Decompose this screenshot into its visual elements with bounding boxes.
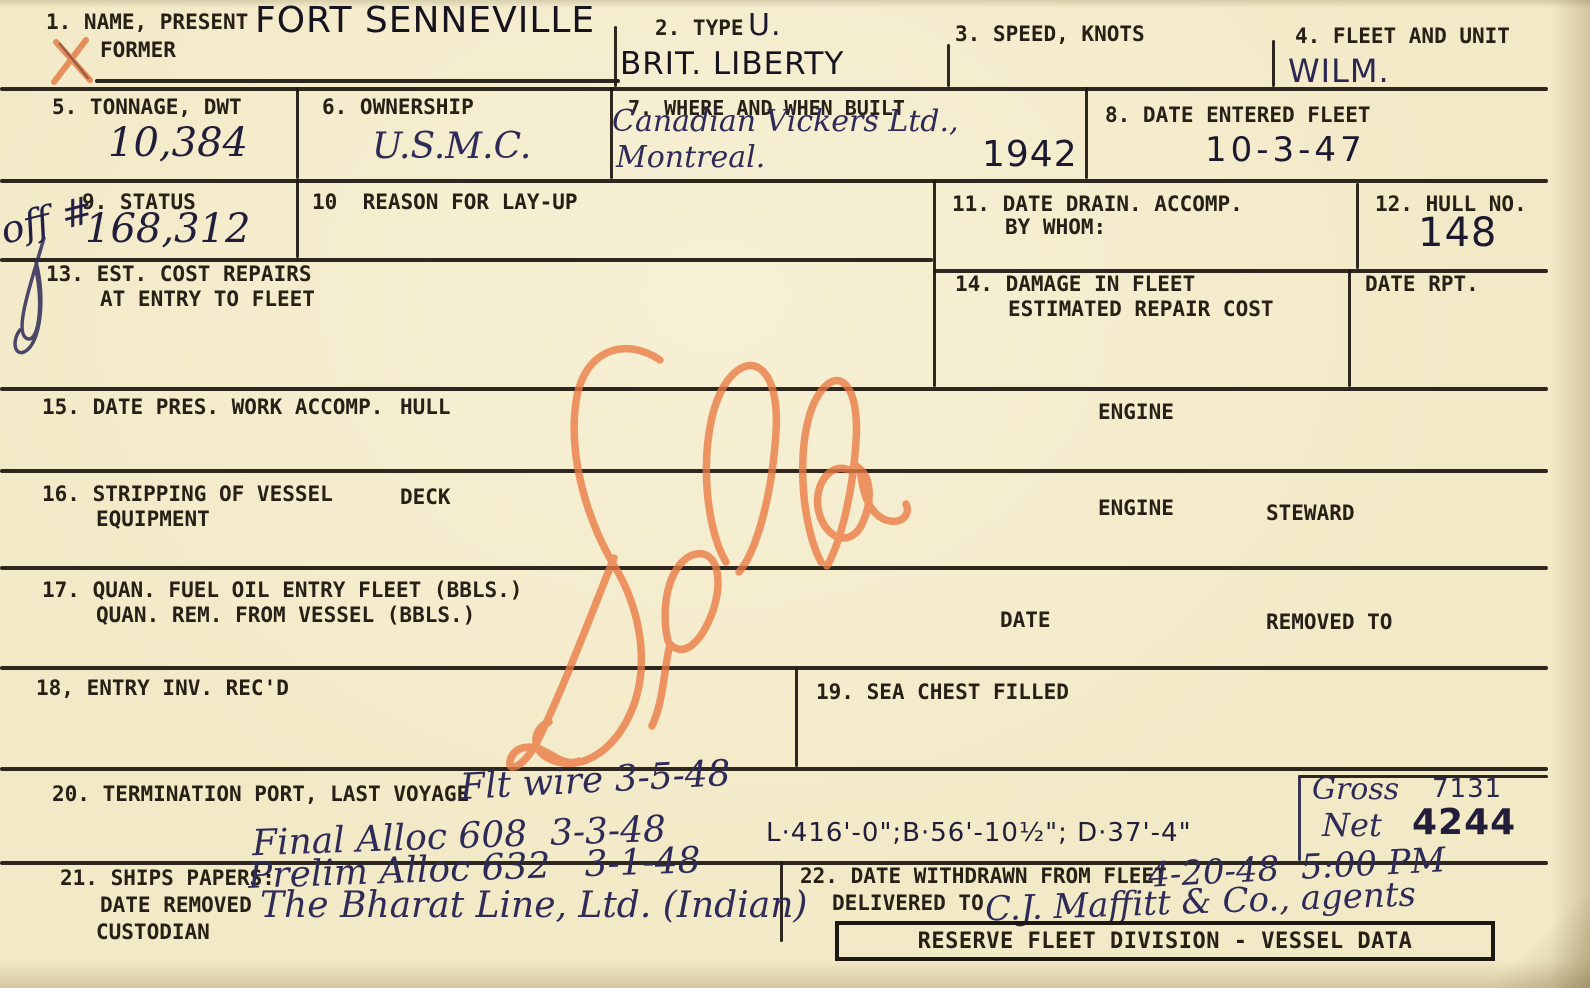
papers-custodian-label: CUSTODIAN [96,920,210,945]
register-net-value: 4244 [1412,802,1516,843]
entered-label: 8. DATE ENTERED FLEET [1105,103,1371,128]
divider-type-speed [947,44,950,87]
banner-title: RESERVE FLEET DIVISION - VESSEL DATA [918,929,1413,954]
divider-status-layup [296,180,299,258]
fuel-label: 17. QUAN. FUEL OIL ENTRY FLEET (BBLS.) [42,578,522,603]
register-gross-label: Gross [1312,772,1399,807]
type-label: 2. TYPE [655,16,744,41]
ownership-value: U.S.M.C. [372,126,531,167]
papers-label: 21. SHIPS PAPERS: [60,866,275,891]
papers-dateremoved-label: DATE REMOVED [100,893,252,918]
fuel-removedto-label: REMOVED TO [1266,610,1392,635]
stripping-engine-label: ENGINE [1098,496,1174,521]
preswork-hull-label: HULL [400,395,451,420]
row4-border [0,387,1548,391]
card-edge-right [1550,0,1590,988]
fleet-label: 4. FLEET AND UNIT [1295,24,1510,49]
register-net-label: Net [1322,806,1382,844]
banner-box: RESERVE FLEET DIVISION - VESSEL DATA [835,921,1495,961]
layup-label: 10 REASON FOR LAY-UP [312,190,578,215]
row17-border [0,666,1548,670]
damage-label2: ESTIMATED REPAIR COST [1008,297,1274,322]
name-former-label: FORMER [100,38,176,63]
divider-layup-drain [933,180,936,387]
divider-drain-hull [1356,183,1359,269]
divider-built-entered [1085,87,1088,179]
built-year: 1942 [982,134,1078,175]
status-margin-note: off # [0,187,98,252]
divider-speed-fleet [1272,40,1275,87]
damage-label: 14. DAMAGE IN FLEET [955,272,1195,297]
fleet-value: WILM. [1288,52,1390,90]
divider-entryinv-seachest [795,667,798,767]
drain-label: 11. DATE DRAIN. ACCOMP. [952,192,1243,217]
row16-border [0,566,1548,570]
vessel-data-card: 1. NAME, PRESENT FORMER FORT SENNEVILLE … [0,0,1590,988]
divider-tonnage-ownership [296,87,299,179]
stripping-label2: EQUIPMENT [96,507,210,532]
entryinv-label: 18, ENTRY INV. REC'D [36,676,289,701]
seachest-label: 19. SEA CHEST FILLED [816,680,1069,705]
divider-damage-daterpt [1348,270,1351,387]
name-value: FORT SENNEVILLE [255,0,595,41]
termination-dimensions: L·416'-0";B·56'-10½"; D·37'-4" [766,818,1192,848]
built-value-line2: Montreal. [616,140,765,175]
hullno-value: 148 [1418,210,1497,256]
name-label: 1. NAME, PRESENT [46,10,248,35]
entered-value: 10-3-47 [1205,130,1366,170]
tonnage-value: 10,384 [108,120,248,166]
tonnage-label: 5. TONNAGE, DWT [52,95,242,120]
status-value: 168,312 [85,206,250,252]
field1-underline [95,79,620,83]
type-note: U. [748,8,782,43]
speed-label: 3. SPEED, KNOTS [955,22,1145,47]
stripping-steward-label: STEWARD [1266,501,1355,526]
fuel-label2: QUAN. REM. FROM VESSEL (BBLS.) [96,603,475,628]
stripping-label: 16. STRIPPING OF VESSEL [42,482,333,507]
termination-label: 20. TERMINATION PORT, LAST VOYAGE [52,782,469,807]
row18-border [0,767,1548,771]
termination-value: Flt wire 3-5-48 [459,753,731,808]
type-value: BRIT. LIBERTY [620,46,844,82]
drain-bywhom-label: BY WHOM: [1005,215,1106,240]
card-edge-top [0,0,1590,8]
stripping-deck-label: DECK [400,485,451,510]
divider-name-type [614,26,617,87]
estcost-label: 13. EST. COST REPAIRS [46,262,312,287]
ownership-label: 6. OWNERSHIP [322,95,474,120]
estcost-label2: AT ENTRY TO FLEET [100,287,315,312]
row2-border [0,179,1548,183]
preswork-engine-label: ENGINE [1098,400,1174,425]
daterpt-label: DATE RPT. [1365,272,1479,297]
preswork-label: 15. DATE PRES. WORK ACCOMP. [42,395,383,420]
withdrawn-deliveredto-label: DELIVERED TO [832,891,984,916]
built-value-line1: Canadian Vickers Ltd., [612,104,959,139]
card-edge-bottom [0,960,1590,988]
row15-border [0,469,1548,473]
register-gross-value: 7131 [1432,774,1502,804]
fuel-date-label: DATE [1000,608,1051,633]
papers-value-line2: The Bharat Line, Ltd. (Indian) [260,885,807,926]
